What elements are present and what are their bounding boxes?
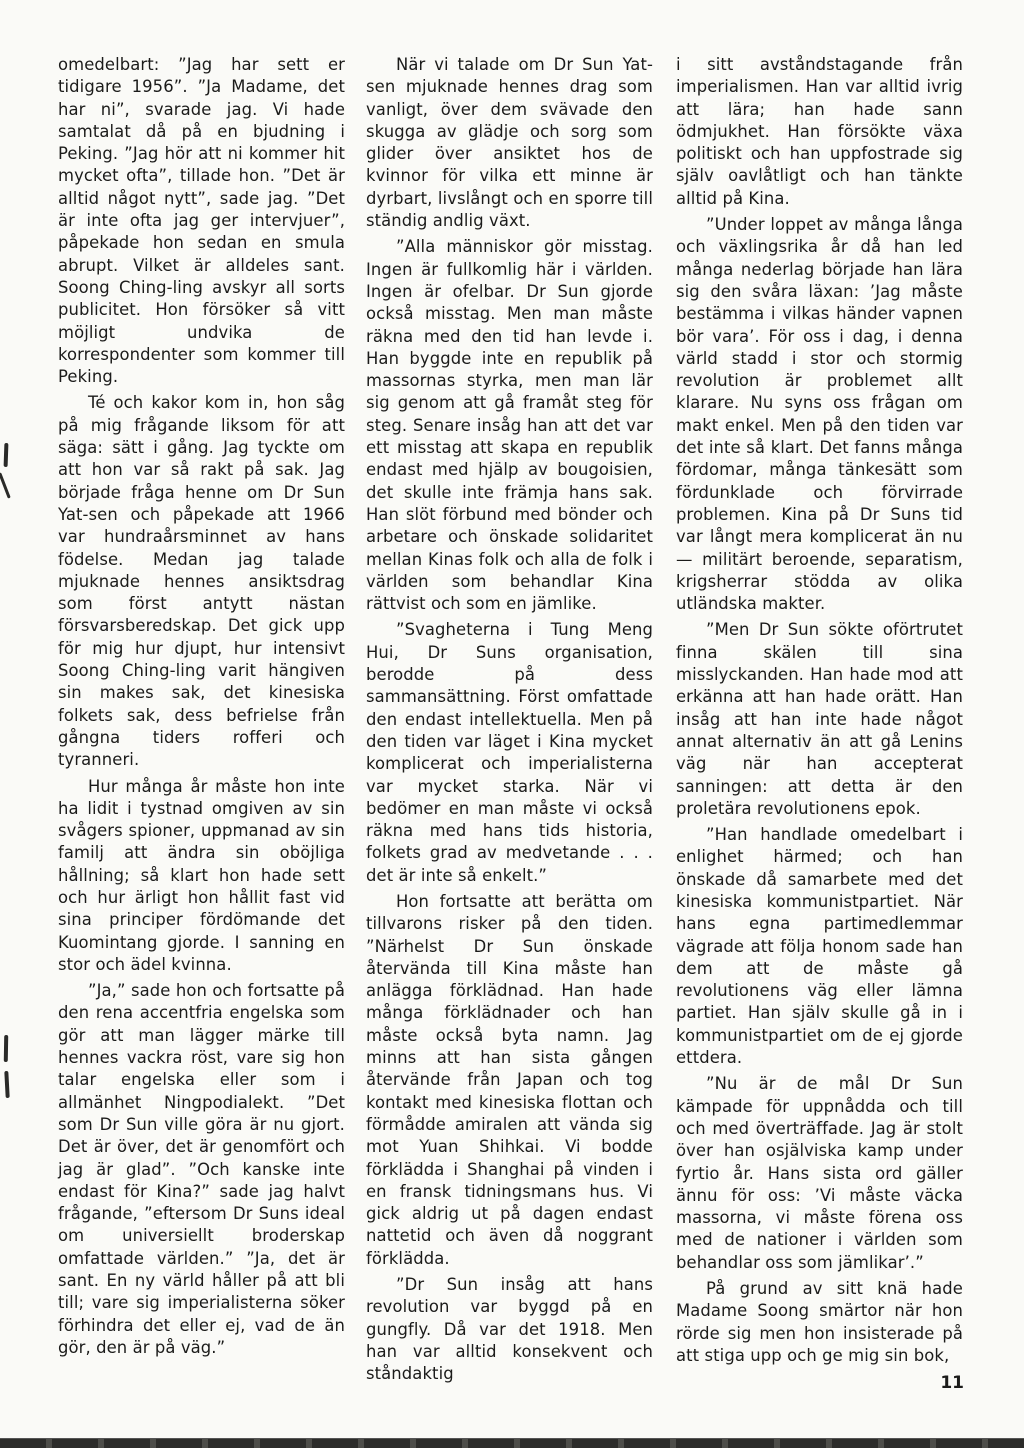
pen-mark-icon xyxy=(0,472,11,498)
paragraph: ”Dr Sun insåg att hans revolution var by… xyxy=(366,1274,653,1385)
paragraph: Hon fortsatte att berätta om tillvarons … xyxy=(366,891,653,1270)
paragraph: ”Svagheterna i Tung Meng Hui, Dr Suns or… xyxy=(366,619,653,887)
paragraph: ”Alla människor gör misstag. Ingen är fu… xyxy=(366,236,653,615)
text-column-2: När vi talade om Dr Sun Yat-sen mjuknade… xyxy=(366,54,653,1386)
scan-bottom-edge xyxy=(0,1438,1024,1448)
paragraph: ”Men Dr Sun sökte oförtrutet finna skäle… xyxy=(676,619,963,820)
paragraph: Hur många år måste hon inte ha lidit i t… xyxy=(58,776,345,977)
paragraph: När vi talade om Dr Sun Yat-sen mjuknade… xyxy=(366,54,653,232)
paragraph: ”Under loppet av många långa och växling… xyxy=(676,214,963,615)
paragraph: ”Nu är de mål Dr Sun kämpade för uppnådd… xyxy=(676,1073,963,1274)
pen-mark-icon xyxy=(4,1071,9,1098)
paragraph: Té och kakor kom in, hon såg på mig fråg… xyxy=(58,392,345,771)
page-number: 11 xyxy=(898,1373,964,1393)
text-column-3: i sitt avståndstagande från imperialisme… xyxy=(676,54,963,1367)
paragraph: ”Han handlade omedelbart i enlighet härm… xyxy=(676,824,963,1069)
pen-mark-icon xyxy=(4,1035,8,1062)
paragraph: omedelbart: ”Jag har sett er tidigare 19… xyxy=(58,54,345,388)
text-column-1: omedelbart: ”Jag har sett er tidigare 19… xyxy=(58,54,345,1359)
paragraph: ”Ja,” sade hon och fortsatte på den rena… xyxy=(58,980,345,1359)
pen-mark-icon xyxy=(4,443,9,467)
paragraph: På grund av sitt knä hade Madame Soong s… xyxy=(676,1278,963,1367)
paragraph: i sitt avståndstagande från imperialisme… xyxy=(676,54,963,210)
magazine-page: omedelbart: ”Jag har sett er tidigare 19… xyxy=(0,0,1024,1448)
